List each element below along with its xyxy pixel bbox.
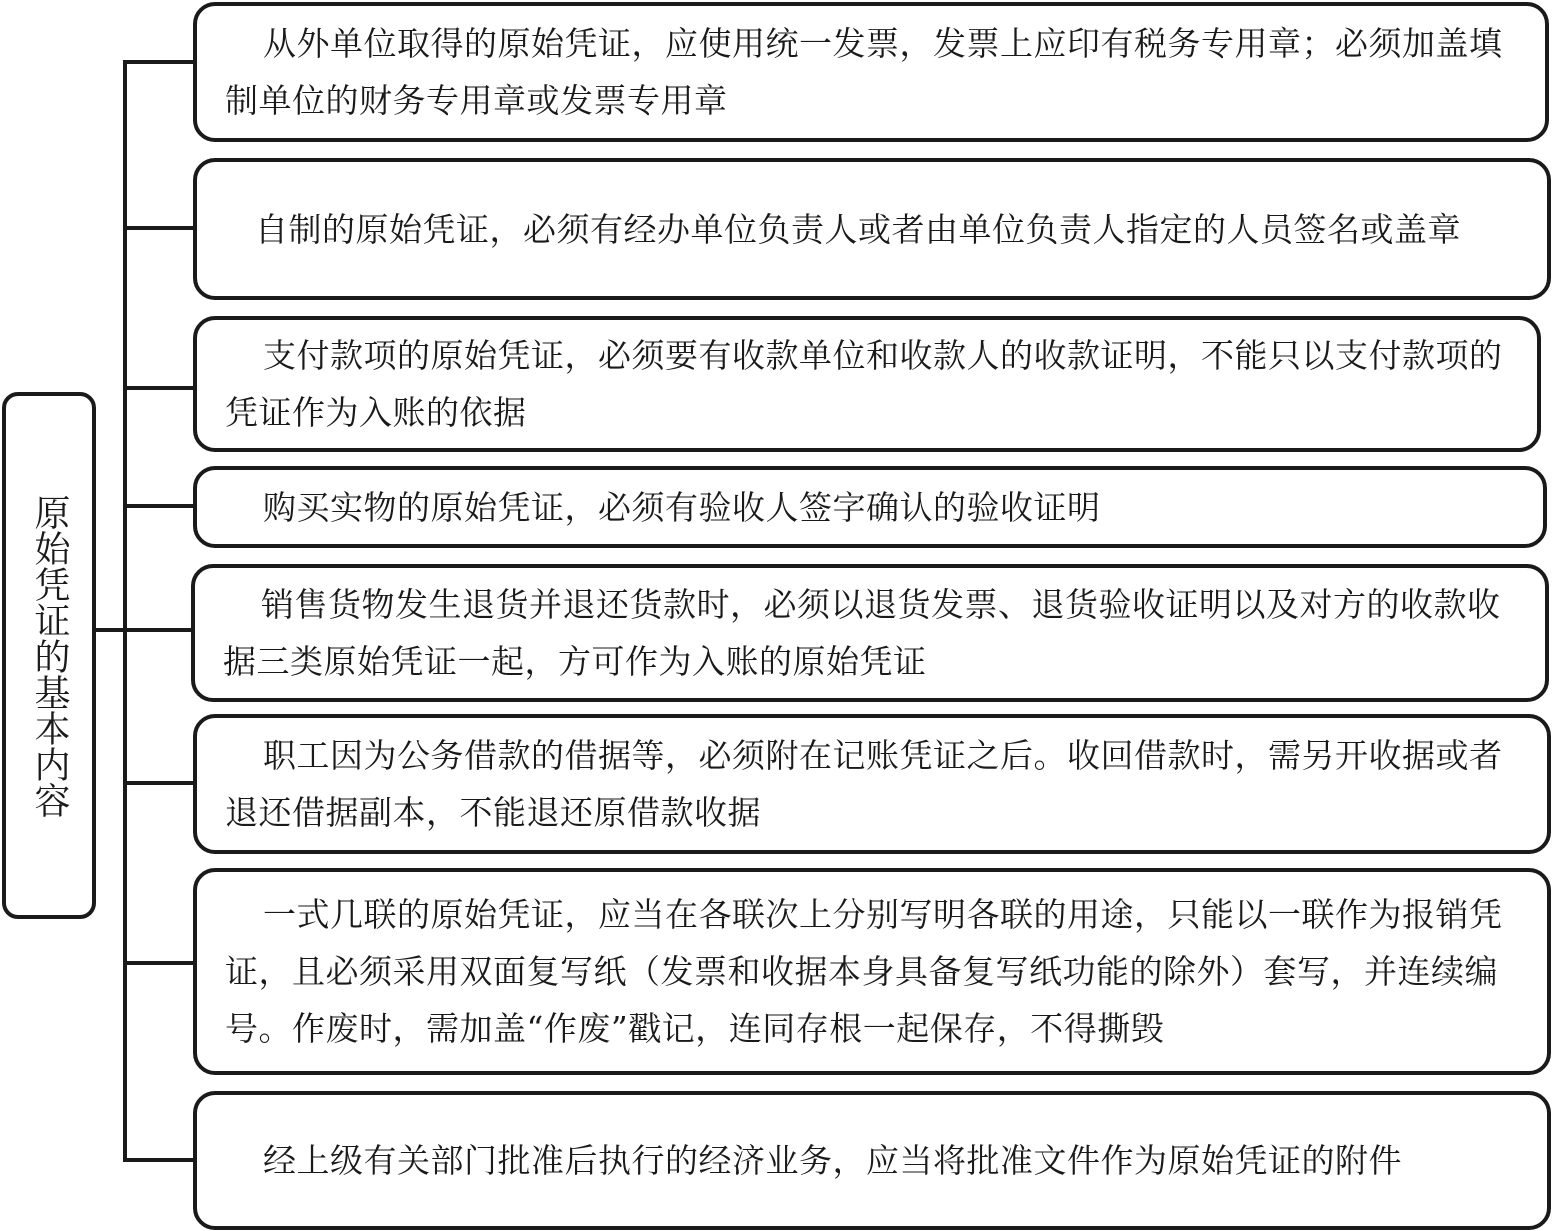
content-text-8: 经上级有关部门批准后执行的经济业务，应当将批准文件作为原始凭证的附件	[225, 1132, 1402, 1189]
content-box-7: 一式几联的原始凭证，应当在各联次上分别写明各联的用途，只能以一联作为报销凭证，且…	[193, 868, 1551, 1075]
content-text-7: 一式几联的原始凭证，应当在各联次上分别写明各联的用途，只能以一联作为报销凭证，且…	[225, 886, 1523, 1057]
content-box-2: 自制的原始凭证，必须有经办单位负责人或者由单位负责人指定的人员签名或盖章	[193, 158, 1551, 300]
content-box-5: 销售货物发生退货并退还货款时，必须以退货发票、退货验收证明以及对方的收款收据三类…	[191, 564, 1549, 702]
root-node: 原始凭证的基本内容	[2, 392, 96, 919]
content-box-6: 职工因为公务借款的借据等，必须附在记账凭证之后。收回借款时，需另开收据或者退还借…	[193, 714, 1551, 854]
branch-connector-8	[123, 1158, 195, 1162]
content-box-1: 从外单位取得的原始凭证，应使用统一发票，发票上应印有税务专用章；必须加盖填制单位…	[193, 2, 1549, 142]
content-text-4: 购买实物的原始凭证，必须有验收人签字确认的验收证明	[225, 479, 1101, 536]
branch-connector-1	[123, 60, 195, 64]
content-text-6: 职工因为公务借款的借据等，必须附在记账凭证之后。收回借款时，需另开收据或者退还借…	[225, 727, 1523, 841]
content-box-4: 购买实物的原始凭证，必须有验收人签字确认的验收证明	[193, 466, 1547, 548]
branch-connector-7	[123, 961, 195, 965]
content-box-3: 支付款项的原始凭证，必须要有收款单位和收款人的收款证明，不能只以支付款项的凭证作…	[193, 316, 1541, 452]
root-label: 原始凭证的基本内容	[31, 494, 67, 818]
branch-connector-6	[123, 781, 195, 785]
content-text-3: 支付款项的原始凭证，必须要有收款单位和收款人的收款证明，不能只以支付款项的凭证作…	[225, 327, 1513, 441]
content-box-8: 经上级有关部门批准后执行的经济业务，应当将批准文件作为原始凭证的附件	[193, 1091, 1551, 1230]
branch-connector-4	[123, 504, 195, 508]
branch-connector-2	[123, 226, 195, 230]
branch-connector-3	[123, 386, 195, 390]
branch-connector-5	[123, 628, 195, 632]
root-connector	[92, 628, 127, 632]
content-text-2: 自制的原始凭证，必须有经办单位负责人或者由单位负责人指定的人员签名或盖章	[217, 201, 1461, 258]
content-text-5: 销售货物发生退货并退还货款时，必须以退货发票、退货验收证明以及对方的收款收据三类…	[223, 576, 1521, 690]
content-text-1: 从外单位取得的原始凭证，应使用统一发票，发票上应印有税务专用章；必须加盖填制单位…	[225, 15, 1521, 129]
